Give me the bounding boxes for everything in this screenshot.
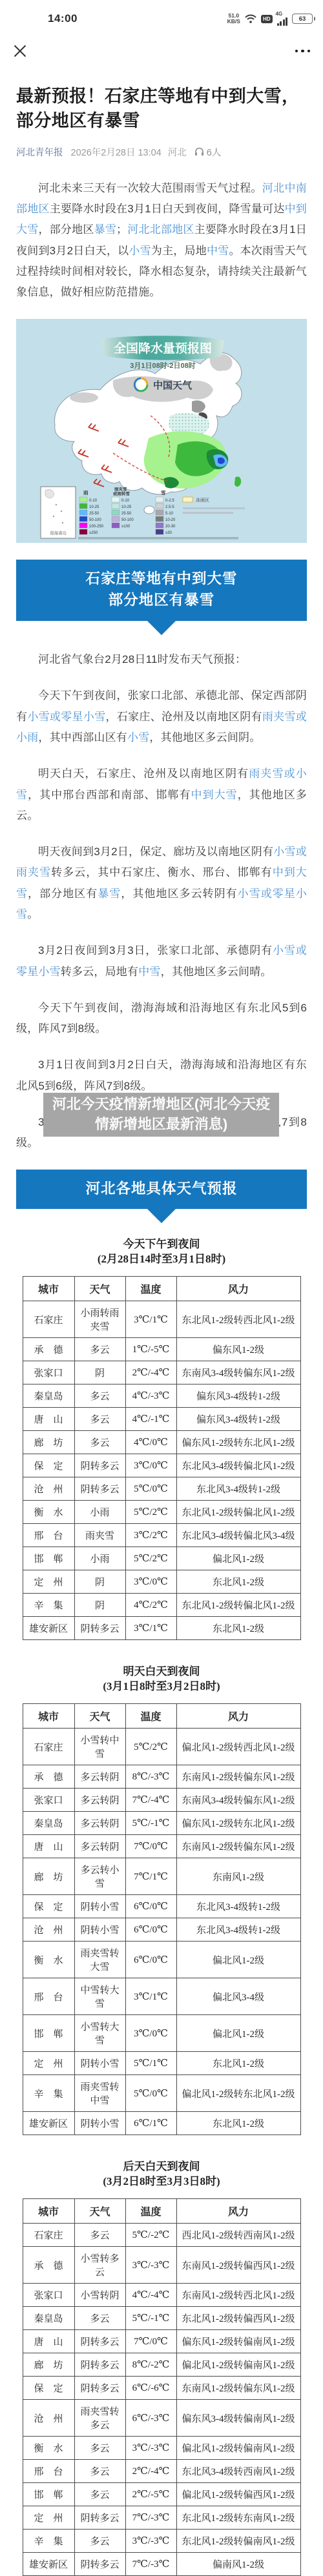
temperature-cell: 7℃/-3℃ — [125, 2553, 176, 2576]
city-cell: 辛 集 — [23, 1594, 74, 1617]
weather-cell: 阴转多云 — [74, 2353, 125, 2377]
table-header-cell: 城市 — [23, 1704, 74, 1729]
table-header-cell: 天气 — [74, 2199, 125, 2224]
weather-table: 城市天气温度风力石家庄多云5℃/-2℃西北风1-2级转西南风1-2级承 德小雪转… — [23, 2198, 301, 2576]
table-row: 雄安新区阴转小雪6℃/1℃东北风1-2级 — [23, 2112, 300, 2135]
table-header-cell: 温度 — [125, 1277, 176, 1301]
temperature-cell: 3℃/1℃ — [125, 1301, 176, 1338]
city-cell: 辛 集 — [23, 2075, 74, 2112]
weather-cell: 多云 — [74, 1408, 125, 1431]
table-header-cell: 风力 — [176, 1277, 300, 1301]
wind-cell: 东南风1-2级转偏东风1-2级 — [176, 1835, 300, 1858]
article-paragraph: 今天下午到夜间，渤海海域和沿海地区有东北风5到6级，阵风7到8级。 — [16, 998, 307, 1040]
forecast-tables: 今天下午到夜间(2月28日14时至3月1日8时)城市天气温度风力石家庄小雨转雨夹… — [0, 1237, 323, 2576]
wind-cell: 东南风3-4级转偏东风1-2级 — [176, 1789, 300, 1812]
article-intro: 河北未来三天有一次较大范围雨雪天气过程。河北中南部地区主要降水时段在3月1日白天… — [16, 178, 307, 303]
forecast-text: 河北省气象台2月28日11时发布天气预报：今天下午到夜间，张家口北部、承德北部、… — [16, 649, 307, 1097]
table-row: 邯 郸小雨5℃/2℃偏北风1-2级 — [23, 1547, 300, 1570]
table-row: 张家口多云转阴7℃/-4℃东南风3-4级转偏东风1-2级 — [23, 1789, 300, 1812]
table-header-cell: 天气 — [74, 1704, 125, 1729]
wind-cell: 东南风1-2级转偏东风1-2级 — [176, 1765, 300, 1789]
wind-cell: 偏北风1-2级转东北风1-2级 — [176, 2075, 300, 2112]
table-row: 邢 台多云2℃/-4℃东北风3-4级转西南风1-2级 — [23, 2460, 300, 2483]
banner-line: 石家庄等地有中到大雪 — [23, 568, 300, 590]
temperature-cell: 4℃/0℃ — [125, 1431, 176, 1454]
svg-text:0-2.5: 0-2.5 — [165, 499, 174, 503]
wind-cell: 东北风1-2级 — [176, 2052, 300, 2075]
temperature-cell: 3℃/1℃ — [125, 1978, 176, 2015]
wind-cell: 东南风1-2级转西北风1-2级 — [176, 2284, 300, 2307]
article-paragraph: 3月2日夜间到3月3日，张家口北部、承德阴有小雪或零星小雪转多云，局地有中雪，其… — [16, 940, 307, 982]
table-row: 沧 州雨夹雪转多云6℃/-3℃偏东风3-4级转偏南风1-2级 — [23, 2400, 300, 2437]
network-speed-indicator: 51.0KB/S — [227, 13, 240, 25]
city-cell: 唐 山 — [23, 2330, 74, 2353]
table-row: 廊 坊多云4℃/0℃偏东风1-2级转东北风1-2级 — [23, 1431, 300, 1454]
svg-text:雪: 雪 — [161, 489, 166, 496]
temperature-cell: 7℃/1℃ — [125, 1858, 176, 1895]
table-header-cell: 城市 — [23, 1277, 74, 1301]
table-row: 定 州阴3℃/0℃东北风1-2级 — [23, 1570, 300, 1594]
city-cell: 保 定 — [23, 1895, 74, 1918]
weather-cell: 多云 — [74, 2483, 125, 2506]
map-logo-text: 中国天气 — [153, 380, 193, 391]
table-row: 沧 州阴转小雪6℃/0℃东北风3-4级转1-2级 — [23, 1918, 300, 1942]
temperature-cell: 7℃/-4℃ — [125, 1789, 176, 1812]
temperature-cell: 2℃/-4℃ — [125, 2460, 176, 2483]
city-cell: 廊 坊 — [23, 2353, 74, 2377]
weather-cell: 小雪转大雪 — [74, 2015, 125, 2052]
wind-cell: 偏南风1-2级 — [176, 2553, 300, 2576]
cellular-signal-icon: 4G — [277, 12, 288, 26]
table-row: 张家口小雪转阴4℃/-4℃东南风1-2级转西北风1-2级 — [23, 2284, 300, 2307]
city-cell: 衡 水 — [23, 2437, 74, 2460]
city-cell: 邯 郸 — [23, 2483, 74, 2506]
svg-text:0-10: 0-10 — [121, 499, 130, 503]
table-row: 定 州阴转小雪5℃/1℃东北风1-2级 — [23, 2052, 300, 2075]
city-cell: 辛 集 — [23, 2530, 74, 2553]
table-row: 沧 州阴转多云5℃/0℃东北风3-4级转1-2级 — [23, 1477, 300, 1501]
city-cell: 定 州 — [23, 1570, 74, 1594]
svg-text:或雨转雪: 或雨转雪 — [113, 491, 130, 496]
wind-cell: 东北风1-2级转偏北风1-2级 — [176, 1594, 300, 1617]
temperature-cell: 5℃/-2℃ — [125, 2224, 176, 2247]
table-row: 雄安新区阴转多云3℃/1℃东北风1-2级 — [23, 1617, 300, 1640]
weather-cell: 雨夹雪转多云 — [74, 2400, 125, 2437]
wind-cell: 东北风3-4级转西南风1-2级 — [176, 2460, 300, 2483]
weather-cell: 阴 — [74, 1361, 125, 1384]
wind-cell: 偏东风3-4级转1-2级 — [176, 1408, 300, 1431]
highlight-text: 河北北部地区 — [127, 223, 194, 236]
wind-cell: 东北风3-4级转偏北风3-4级 — [176, 1524, 300, 1547]
temperature-cell: 4℃/-4℃ — [125, 2284, 176, 2307]
svg-text:10-25: 10-25 — [121, 505, 132, 509]
temperature-cell: 3℃/0℃ — [125, 2015, 176, 2052]
weather-cell: 多云转阴 — [74, 1812, 125, 1835]
listen-count[interactable]: 6人 — [194, 145, 222, 159]
city-cell: 秦皇岛 — [23, 1384, 74, 1408]
weather-cell: 雨夹雪转中雪 — [74, 2075, 125, 2112]
table-row: 邯 郸多云2℃/-5℃偏北风1-2级转偏西风1-2级 — [23, 2483, 300, 2506]
wind-cell: 东南风3-4级转偏东风1-2级 — [176, 1361, 300, 1384]
map-inset-label: 南海诸岛 — [50, 530, 67, 536]
table-row: 唐 山多云4℃/-1℃偏东风3-4级转1-2级 — [23, 1408, 300, 1431]
weather-cell: 多云 — [74, 1384, 125, 1408]
temperature-cell: 3℃/-3℃ — [125, 2247, 176, 2284]
table-row: 衡 水雨夹雪转大雪6℃/0℃偏北风1-2级 — [23, 1942, 300, 1978]
temperature-cell: 8℃/-2℃ — [125, 2353, 176, 2377]
table-header-cell: 天气 — [74, 1277, 125, 1301]
table-row: 张家口阴2℃/-4℃东南风3-4级转偏东风1-2级 — [23, 1361, 300, 1384]
temperature-cell: 6℃/-3℃ — [125, 2400, 176, 2437]
temperature-cell: 5℃/-1℃ — [125, 1812, 176, 1835]
wind-cell: 东北风3-4级转1-2级 — [176, 1477, 300, 1501]
weather-table: 城市天气温度风力石家庄小雪转中雪5℃/2℃偏北风1-2级转西北风1-2级承 德多… — [23, 1703, 301, 2135]
wind-cell: 偏北风3-4级 — [176, 1978, 300, 2015]
weather-cell: 小雨 — [74, 1501, 125, 1524]
table-row: 雄安新区阴转多云7℃/-3℃偏南风1-2级 — [23, 2553, 300, 2576]
wifi-icon — [245, 14, 256, 23]
wind-cell: 东南风1-2级转偏西风1-2级 — [176, 2247, 300, 2284]
highlight-text: 小雪或雨夹雪 — [16, 846, 307, 878]
highlight-text: 小雪或零星小雪 — [16, 944, 307, 977]
table-row: 廊 坊多云转小雪7℃/1℃东南风1-2级 — [23, 1858, 300, 1895]
table-row: 衡 水多云3℃/-3℃偏北风1-2级转偏南风1-2级 — [23, 2437, 300, 2460]
highlight-text: 暴雪 — [98, 887, 121, 900]
svg-text:冻雨区: 冻雨区 — [196, 497, 209, 503]
wind-cell: 偏北风1-2级 — [176, 1547, 300, 1570]
wind-cell: 偏东风1-2级转东北风1-2级 — [176, 1431, 300, 1454]
city-cell: 雄安新区 — [23, 2553, 74, 2576]
table-row: 秦皇岛多云转阴5℃/-1℃偏东风1-2级转东北风1-2级 — [23, 1812, 300, 1835]
wechat-article-page: 14:00 51.0KB/S HD 4G 63 最新预报！石家庄等地有中到大雪，… — [0, 0, 323, 2576]
highlight-text: 中雪 — [207, 245, 229, 257]
city-cell: 衡 水 — [23, 1501, 74, 1524]
wind-cell: 偏北风1-2级 — [176, 1942, 300, 1978]
svg-text:≥30: ≥30 — [165, 531, 172, 535]
headphones-icon — [194, 147, 204, 156]
table-row: 石家庄多云5℃/-2℃西北风1-2级转西南风1-2级 — [23, 2224, 300, 2247]
wind-cell: 东北风1-2级 — [176, 2112, 300, 2135]
article-paragraph: 今天下午到夜间，张家口北部、承德北部、保定西部阴有小雪或零星小雪，石家庄、沧州及… — [16, 685, 307, 748]
weather-cell: 阴转多云 — [74, 2553, 125, 2576]
table-header-cell: 城市 — [23, 2199, 74, 2224]
city-cell: 雄安新区 — [23, 2112, 74, 2135]
city-cell: 承 德 — [23, 1338, 74, 1361]
section-banner-headline: 石家庄等地有中到大雪 部分地区有暴雪 — [16, 560, 307, 622]
temperature-cell: 5℃/2℃ — [125, 1501, 176, 1524]
svg-text:50-100: 50-100 — [121, 518, 134, 522]
svg-text:0-10: 0-10 — [89, 499, 98, 503]
map-inset: 南海诸岛 — [41, 487, 76, 538]
wind-cell: 东北风3-4级转1-2级 — [176, 1895, 300, 1918]
weather-cell: 阴转多云 — [74, 1617, 125, 1640]
city-cell: 秦皇岛 — [23, 2307, 74, 2330]
section-banner-tables: 河北各地具体天气预报 — [16, 1170, 307, 1210]
temperature-cell: 6℃/0℃ — [125, 1918, 176, 1942]
temperature-cell: 5℃/2℃ — [125, 1547, 176, 1570]
weather-cell: 多云 — [74, 1338, 125, 1361]
table-header-cell: 风力 — [176, 2199, 300, 2224]
city-cell: 保 定 — [23, 1454, 74, 1477]
city-cell: 定 州 — [23, 2052, 74, 2075]
weather-cell: 多云 — [74, 2224, 125, 2247]
temperature-cell: 7℃/0℃ — [125, 1835, 176, 1858]
table-row: 辛 集雨夹雪转中雪5℃/0℃偏北风1-2级转东北风1-2级 — [23, 2075, 300, 2112]
wind-cell: 偏北风1-2级 — [176, 2015, 300, 2052]
city-cell: 衡 水 — [23, 1942, 74, 1978]
map-title: 全国降水量预报图 — [114, 341, 212, 356]
china-weather-logo: 中国天气 — [134, 378, 193, 391]
temperature-cell: 5℃/2℃ — [125, 1729, 176, 1765]
city-cell: 邯 郸 — [23, 1547, 74, 1570]
highlight-text: 小雪 — [129, 245, 151, 257]
table-row: 石家庄小雨转雨夹雪3℃/1℃东北风1-2级转西北风1-2级 — [23, 1301, 300, 1338]
city-cell: 唐 山 — [23, 1408, 74, 1431]
weather-cell: 雨夹雪转大雪 — [74, 1942, 125, 1978]
forecast-table-section: 今天下午到夜间(2月28日14时至3月1日8时)城市天气温度风力石家庄小雨转雨夹… — [16, 1237, 307, 1640]
city-cell: 保 定 — [23, 2377, 74, 2400]
svg-text:10-25: 10-25 — [89, 505, 99, 509]
publish-datetime: 2026年2月28日 13:04 — [71, 145, 161, 159]
city-cell: 廊 坊 — [23, 1431, 74, 1454]
svg-text:雨夹雪: 雨夹雪 — [114, 486, 127, 492]
svg-text:10-20: 10-20 — [165, 518, 176, 522]
highlight-text: 中雪 — [138, 966, 160, 978]
wind-cell: 西北风1-2级转西南风1-2级 — [176, 2224, 300, 2247]
wind-cell: 东北风1-2级转东南风1-2级 — [176, 2506, 300, 2530]
highlight-text: 中到大雪 — [191, 789, 238, 801]
table-row: 廊 坊阴转多云8℃/-2℃偏北风1-2级转偏南风1-2级 — [23, 2353, 300, 2377]
weather-cell: 阴转多云 — [74, 2330, 125, 2353]
table-title: 明天白天到夜间(3月1日8时至3月2日8时) — [16, 1665, 307, 1694]
weather-cell: 小雪转多云 — [74, 2247, 125, 2284]
temperature-cell: 4℃/-3℃ — [125, 1384, 176, 1408]
temperature-cell: 3℃/-3℃ — [125, 2530, 176, 2553]
weather-cell: 小雪转阴 — [74, 2284, 125, 2307]
temperature-cell: 3℃/2℃ — [125, 1524, 176, 1547]
weather-cell: 多云转阴 — [74, 1835, 125, 1858]
table-row: 唐 山多云转阴7℃/0℃东南风1-2级转偏东风1-2级 — [23, 1835, 300, 1858]
weather-cell: 阴转多云 — [74, 1454, 125, 1477]
weather-cell: 阴转多云 — [74, 2506, 125, 2530]
wind-cell: 偏东风3-4级转1-2级 — [176, 1384, 300, 1408]
table-row: 辛 集阴4℃/2℃东北风1-2级转偏北风1-2级 — [23, 1594, 300, 1617]
wind-cell: 东南风1-2级转偏东风1-2级 — [176, 2377, 300, 2400]
svg-text:雨: 雨 — [83, 489, 89, 496]
table-row: 承 德多云转阴8℃/-3℃东南风1-2级转偏东风1-2级 — [23, 1765, 300, 1789]
wind-cell: 东北风1-2级转偏北风1-2级 — [176, 1501, 300, 1524]
wind-cell: 东北风1-2级 — [176, 1570, 300, 1594]
city-cell: 邢 台 — [23, 1978, 74, 2015]
wind-cell: 东北风1-2级转西北风1-2级 — [176, 1301, 300, 1338]
table-row: 保 定阴转多云3℃/0℃东北风3-4级转偏北风1-2级 — [23, 1454, 300, 1477]
weather-cell: 阴 — [74, 1570, 125, 1594]
weather-cell: 多云 — [74, 2530, 125, 2553]
temperature-cell: 8℃/-3℃ — [125, 1765, 176, 1789]
svg-text:25-50: 25-50 — [89, 512, 99, 516]
city-cell: 石家庄 — [23, 1301, 74, 1338]
weather-cell: 阴转小雪 — [74, 2112, 125, 2135]
city-cell: 张家口 — [23, 1789, 74, 1812]
status-bar: 14:00 51.0KB/S HD 4G 63 — [0, 0, 323, 32]
wind-cell: 东北风3-4级转偏北风1-2级 — [176, 1454, 300, 1477]
city-cell: 石家庄 — [23, 2224, 74, 2247]
weather-cell: 中雪转大雪 — [74, 1978, 125, 2015]
temperature-cell: 5℃/1℃ — [125, 2052, 176, 2075]
article-paragraph: 河北未来三天有一次较大范围雨雪天气过程。河北中南部地区主要降水时段在3月1日白天… — [16, 178, 307, 303]
table-header-cell: 温度 — [125, 2199, 176, 2224]
weather-cell: 多云转阴 — [74, 1765, 125, 1789]
table-row: 唐 山阴转多云7℃/0℃偏东风1-2级转偏南风1-2级 — [23, 2330, 300, 2353]
temperature-cell: 6℃/0℃ — [125, 1942, 176, 1978]
svg-text:5-10: 5-10 — [165, 512, 174, 516]
temperature-cell: 4℃/2℃ — [125, 1594, 176, 1617]
weather-cell: 多云 — [74, 2307, 125, 2330]
forecast-table-section: 明天白天到夜间(3月1日8时至3月2日8时)城市天气温度风力石家庄小雪转中雪5℃… — [16, 1665, 307, 2135]
weather-cell: 阴转多云 — [74, 1477, 125, 1501]
temperature-cell: 2℃/-4℃ — [125, 1361, 176, 1384]
weather-cell: 多云转阴 — [74, 1789, 125, 1812]
temperature-cell: 2℃/-5℃ — [125, 2483, 176, 2506]
forecast-text-last: 3月3日白天，北部地区有西北风4到6级，阵风7到8级。 河北今天疫情新增地区(河… — [16, 1112, 307, 1154]
weather-table: 城市天气温度风力石家庄小雨转雨夹雪3℃/1℃东北风1-2级转西北风1-2级承 德… — [23, 1276, 301, 1640]
wind-cell: 东北风1-2级转偏南风1-2级 — [176, 2530, 300, 2553]
svg-text:≥250: ≥250 — [89, 531, 98, 535]
banner-line: 部分地区有暴雪 — [23, 589, 300, 611]
banner-line: 河北各地具体天气预报 — [23, 1178, 300, 1200]
byline: 河北青年报 2026年2月28日 13:04 河北 6人 — [16, 145, 307, 159]
table-header-cell: 温度 — [125, 1704, 176, 1729]
weather-cell: 多云转小雪 — [74, 1858, 125, 1895]
wind-cell: 东北风1-2级 — [176, 1617, 300, 1640]
weather-cell: 雨夹雪 — [74, 1524, 125, 1547]
city-cell: 定 州 — [23, 2506, 74, 2530]
city-cell: 张家口 — [23, 2284, 74, 2307]
article-paragraph: 明天白天，石家庄、沧州及以南地区阴有雨夹雪或小雪，其中邢台西部和南部、邯郸有中到… — [16, 764, 307, 826]
temperature-cell: 3℃/-3℃ — [125, 2437, 176, 2460]
table-title: 后天白天到夜间(3月2日8时至3月3日8时) — [16, 2160, 307, 2189]
weather-cell: 阴转小雪 — [74, 1918, 125, 1942]
wind-cell: 偏北风1-2级转偏西风1-2级 — [176, 2483, 300, 2506]
map-hainan — [144, 506, 154, 514]
highlight-text: 小雪或零星小雪 — [27, 711, 105, 723]
temperature-cell: 3℃/0℃ — [125, 1570, 176, 1594]
highlight-text: 小雪 — [127, 731, 149, 744]
table-row: 保 定阴转多云6℃/-6℃东南风1-2级转偏东风1-2级 — [23, 2377, 300, 2400]
city-cell: 沧 州 — [23, 1918, 74, 1942]
svg-text:≥100: ≥100 — [121, 525, 130, 529]
weather-cell: 多云 — [74, 2437, 125, 2460]
wind-cell: 东北风3-4级转1-2级 — [176, 1918, 300, 1942]
table-row: 承 德小雪转多云3℃/-3℃东南风1-2级转偏西风1-2级 — [23, 2247, 300, 2284]
weather-cell: 阴转多云 — [74, 2377, 125, 2400]
city-cell: 沧 州 — [23, 1477, 74, 1501]
svg-text:100-250: 100-250 — [89, 525, 104, 529]
weather-cell: 阴 — [74, 1594, 125, 1617]
article-content: 最新预报！石家庄等地有中到大雪，部分地区有暴雪 河北青年报 2026年2月28日… — [0, 84, 323, 1209]
table-row: 衡 水小雨5℃/2℃东北风1-2级转偏北风1-2级 — [23, 1501, 300, 1524]
city-cell: 沧 州 — [23, 2400, 74, 2437]
temperature-cell: 6℃/-6℃ — [125, 2377, 176, 2400]
city-cell: 邢 台 — [23, 2460, 74, 2483]
page-title: 最新预报！石家庄等地有中到大雪，部分地区有暴雪 — [16, 84, 307, 134]
wind-cell: 东北风1-2级转偏西风1-2级 — [176, 2307, 300, 2330]
table-row: 邢 台中雪转大雪3℃/1℃偏北风3-4级 — [23, 1978, 300, 2015]
table-row: 辛 集多云3℃/-3℃东北风1-2级转偏南风1-2级 — [23, 2530, 300, 2553]
temperature-cell: 3℃/0℃ — [125, 1454, 176, 1477]
city-cell: 张家口 — [23, 1361, 74, 1384]
table-row: 秦皇岛多云4℃/-3℃偏东风3-4级转1-2级 — [23, 1384, 300, 1408]
temperature-cell: 5℃/-1℃ — [125, 2307, 176, 2330]
battery-icon: 63 — [292, 14, 313, 24]
temperature-cell: 6℃/0℃ — [125, 1895, 176, 1918]
temperature-cell: 5℃/0℃ — [125, 2075, 176, 2112]
table-row: 邢 台雨夹雪3℃/2℃东北风3-4级转偏北风3-4级 — [23, 1524, 300, 1547]
city-cell: 邢 台 — [23, 1524, 74, 1547]
city-cell: 唐 山 — [23, 1835, 74, 1858]
more-menu-icon[interactable] — [295, 46, 311, 57]
weather-cell: 多云 — [74, 1431, 125, 1454]
wind-cell: 东南风1-2级 — [176, 1858, 300, 1895]
close-icon[interactable] — [13, 44, 27, 58]
forecast-table-section: 后天白天到夜间(3月2日8时至3月3日8时)城市天气温度风力石家庄多云5℃/-2… — [16, 2160, 307, 2576]
highlight-text: 河北中南部地区 — [16, 182, 307, 215]
weather-cell: 小雨 — [74, 1547, 125, 1570]
table-header-cell: 风力 — [176, 1704, 300, 1729]
wind-cell: 偏东风1-2级转东北风1-2级 — [176, 1812, 300, 1835]
city-cell: 雄安新区 — [23, 1617, 74, 1640]
account-name-link[interactable]: 河北青年报 — [16, 145, 63, 159]
temperature-cell: 7℃/0℃ — [125, 2330, 176, 2353]
weather-cell: 多云 — [74, 2460, 125, 2483]
watermark-overlay: 河北今天疫情新增地区(河北今天疫 情新增地区最新消息) — [43, 1093, 279, 1137]
table-row: 定 州阴转多云7℃/-3℃东北风1-2级转东南风1-2级 — [23, 2506, 300, 2530]
wind-cell: 偏北风1-2级转偏南风1-2级 — [176, 2437, 300, 2460]
wind-cell: 偏北风1-2级转偏南风1-2级 — [176, 2353, 300, 2377]
table-title: 今天下午到夜间(2月28日14时至3月1日8时) — [16, 1237, 307, 1267]
temperature-cell: 7℃/-3℃ — [125, 2506, 176, 2530]
temperature-cell: 5℃/0℃ — [125, 1477, 176, 1501]
precipitation-map-image[interactable]: 全国降水量预报图 3月1日08时-2日08时 中国天气 南海诸岛 — [16, 319, 307, 543]
city-cell: 廊 坊 — [23, 1858, 74, 1895]
highlight-text: 雨夹雪或小雪 — [16, 767, 307, 800]
city-cell: 承 德 — [23, 1765, 74, 1789]
table-row: 秦皇岛多云5℃/-1℃东北风1-2级转偏西风1-2级 — [23, 2307, 300, 2330]
article-paragraph: 河北省气象台2月28日11时发布天气预报： — [16, 649, 307, 670]
temperature-cell: 4℃/-1℃ — [125, 1408, 176, 1431]
city-cell: 承 德 — [23, 2247, 74, 2284]
svg-text:2.5-5: 2.5-5 — [165, 505, 174, 509]
article-navbar — [0, 32, 323, 70]
weather-cell: 小雨转雨夹雪 — [74, 1301, 125, 1338]
wind-cell: 偏东风1-2级 — [176, 1338, 300, 1361]
article-paragraph: 3月1日夜间到3月2日白天，渤海海域和沿海地区有东北风5到6级，阵风7到8级。 — [16, 1055, 307, 1097]
wind-cell: 偏东风3-4级转偏南风1-2级 — [176, 2400, 300, 2437]
table-row: 保 定阴转小雪6℃/0℃东北风3-4级转1-2级 — [23, 1895, 300, 1918]
temperature-cell: 1℃/-5℃ — [125, 1338, 176, 1361]
svg-text:25-50: 25-50 — [121, 512, 132, 516]
city-cell: 秦皇岛 — [23, 1812, 74, 1835]
svg-text:50-100: 50-100 — [89, 518, 101, 522]
temperature-cell: 3℃/1℃ — [125, 1617, 176, 1640]
city-cell: 邯 郸 — [23, 2015, 74, 2052]
city-cell: 石家庄 — [23, 1729, 74, 1765]
publish-region: 河北 — [168, 145, 187, 159]
wind-cell: 偏东风1-2级转偏南风1-2级 — [176, 2330, 300, 2353]
svg-text:20-30: 20-30 — [165, 525, 176, 529]
map-subtitle: 3月1日08时-2日08时 — [130, 361, 196, 370]
highlight-text: 小雪或零星小雪 — [16, 887, 307, 920]
